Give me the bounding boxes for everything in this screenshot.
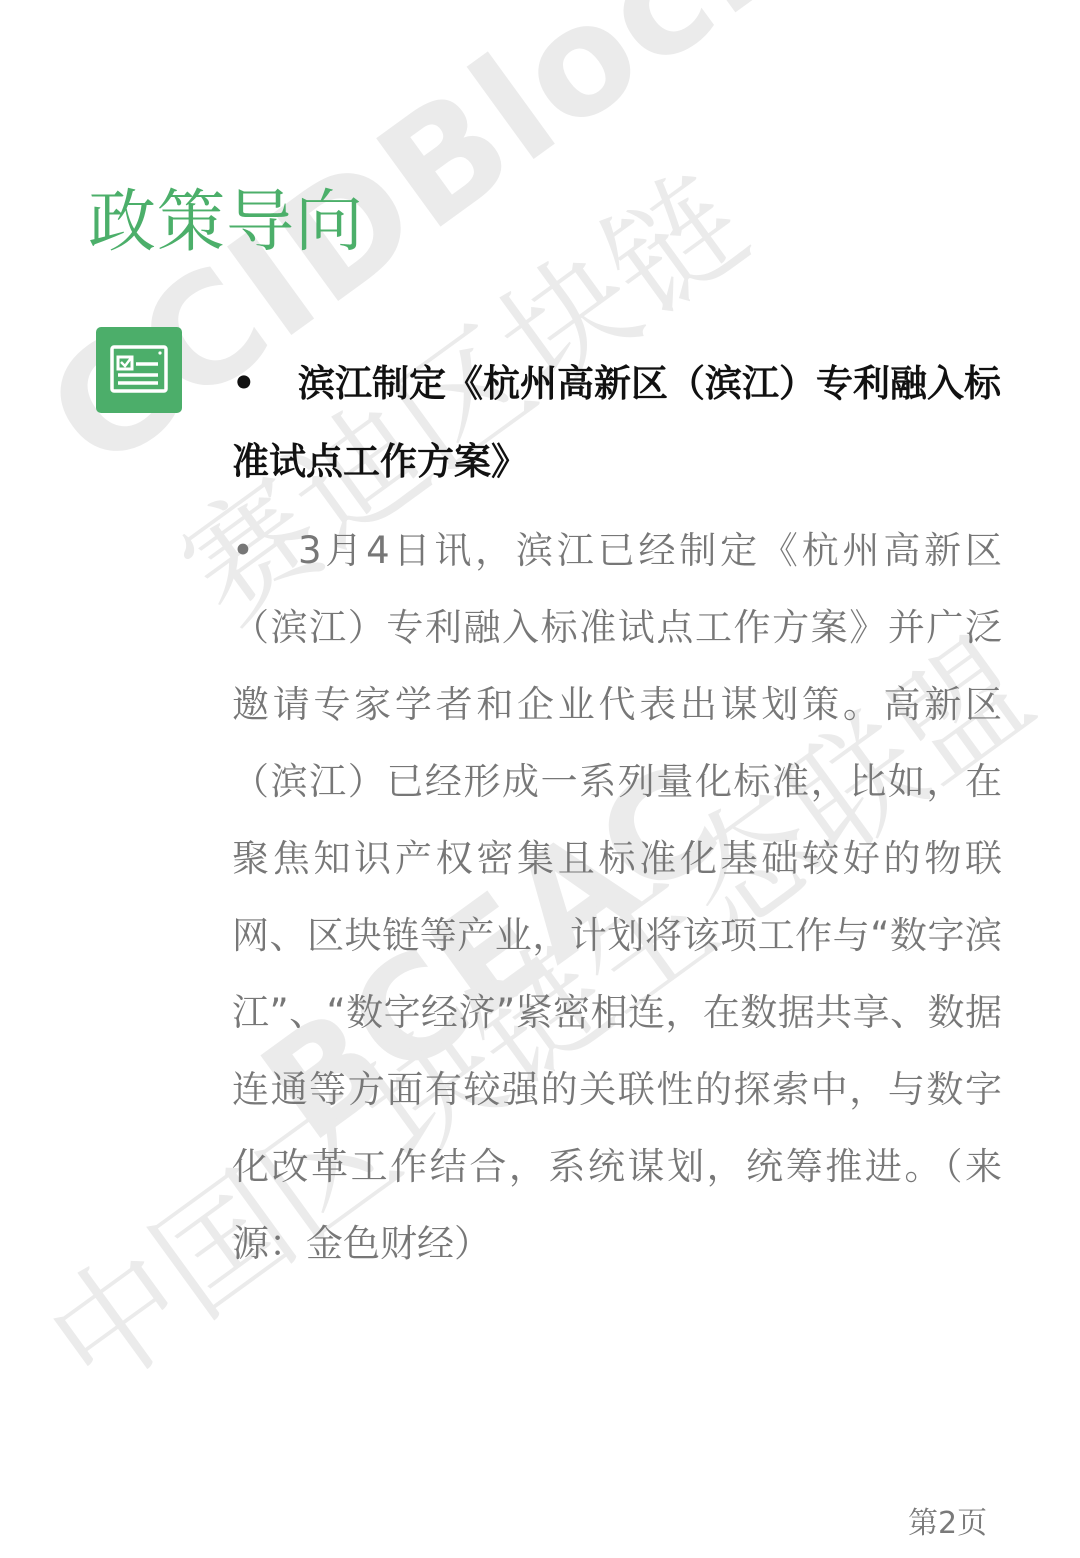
heading-text: 滨江制定《杭州高新区（滨江）专利融入标准试点工作方案》 — [232, 362, 1001, 483]
article-body: •3月4日讯，滨江已经制定《杭州高新区（滨江）专利融入标准试点工作方案》并广泛邀… — [232, 512, 1002, 1282]
heading-bullet: • — [232, 345, 298, 423]
page-number: 第2页 — [908, 1498, 987, 1542]
page-title: 政策导向 — [88, 168, 364, 265]
body-text: 3月4日讯，滨江已经制定《杭州高新区（滨江）专利融入标准试点工作方案》并广泛邀请… — [232, 529, 1002, 1265]
news-document-icon — [96, 327, 182, 413]
body-bullet: • — [232, 512, 298, 589]
article-heading: •滨江制定《杭州高新区（滨江）专利融入标准试点工作方案》 — [232, 345, 1002, 501]
